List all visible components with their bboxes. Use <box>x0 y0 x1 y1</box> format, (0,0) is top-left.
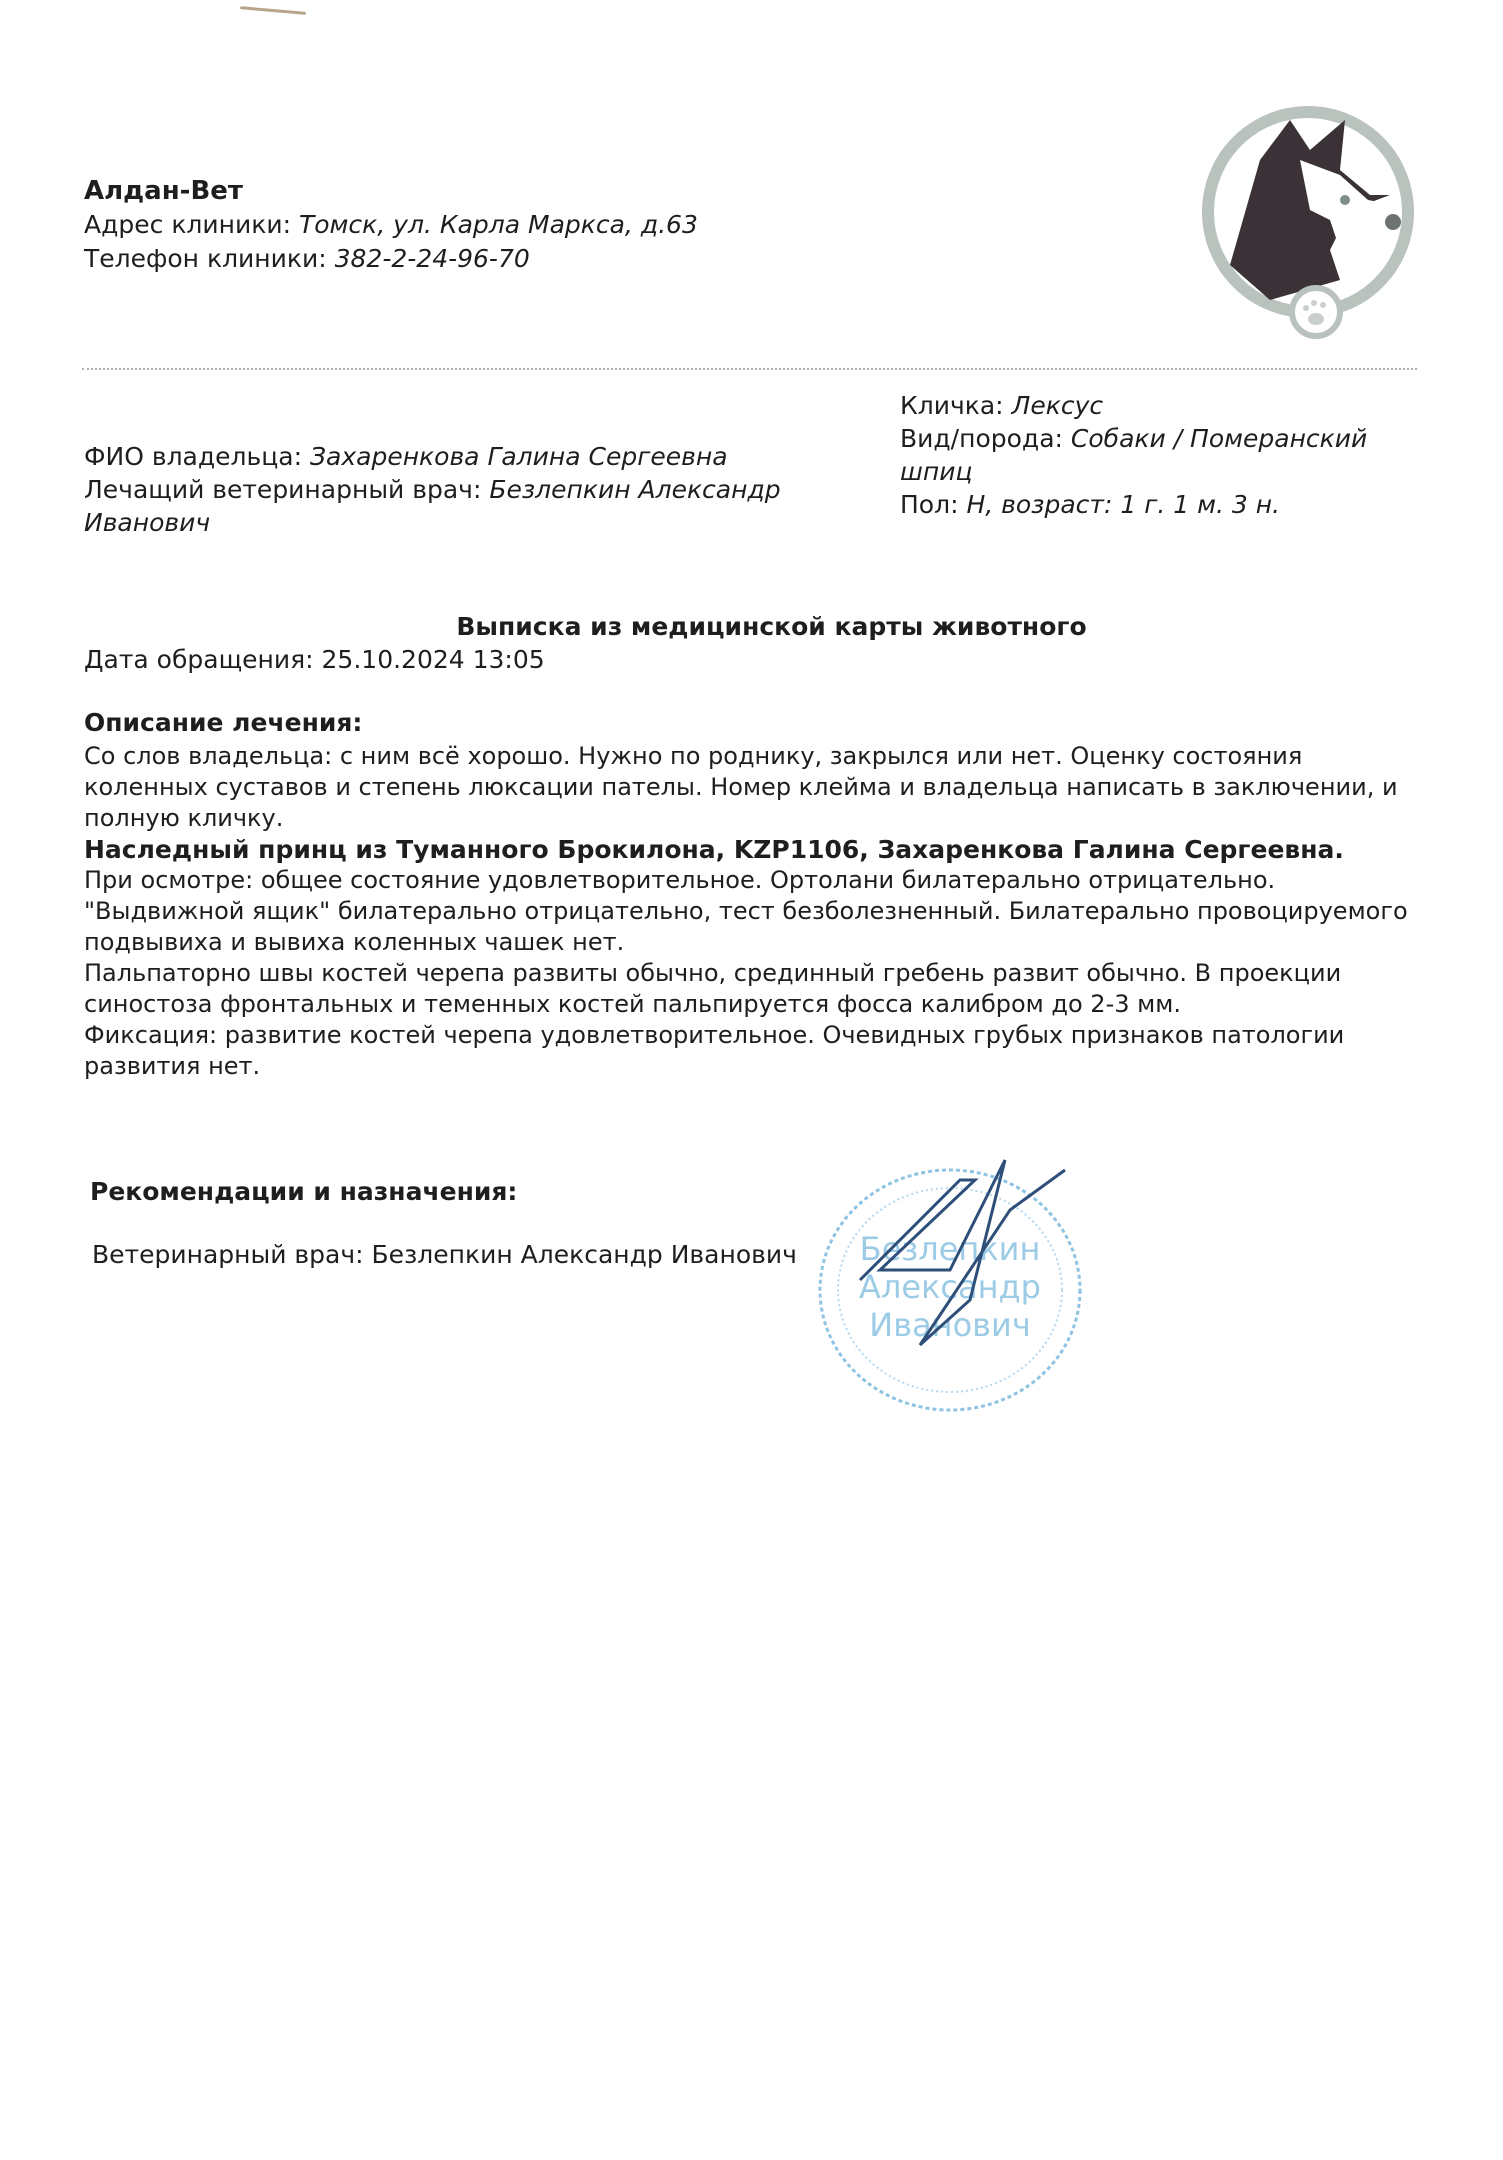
vet-signature-name: Безлепкин Александр Иванович <box>371 1240 796 1269</box>
husky-logo-icon <box>1190 100 1420 350</box>
vet-signature-line: Ветеринарный врач: Безлепкин Александр И… <box>92 1240 797 1269</box>
pet-breed-label: Вид/порода: <box>900 424 1063 453</box>
attending-doctor: Лечащий ветеринарный врач: Безлепкин Але… <box>84 473 864 539</box>
pet-sex-value: Н, <box>966 490 993 519</box>
visit-date-value: 25.10.2024 13:05 <box>322 645 545 674</box>
pet-sex-label: Пол: <box>900 490 959 519</box>
vet-signature-label: Ветеринарный врач: <box>92 1240 364 1269</box>
clinic-name: Алдан-Вет <box>84 174 698 208</box>
owner-info: ФИО владельца: Захаренкова Галина Сергее… <box>84 440 864 539</box>
clinic-phone-label: Телефон клиники: <box>84 244 327 273</box>
pet-breed: Вид/порода: Собаки / Померанский шпиц <box>900 422 1420 488</box>
pet-sex-age: Пол: Н, возраст: 1 г. 1 м. 3 н. <box>900 488 1420 521</box>
staple-mark <box>240 6 306 15</box>
treatment-section: Описание лечения: Со слов владельца: с н… <box>84 707 1414 1082</box>
owner-name: ФИО владельца: Захаренкова Галина Сергее… <box>84 440 864 473</box>
svg-text:Иванович: Иванович <box>869 1306 1030 1344</box>
clinic-header: Алдан-Вет Адрес клиники: Томск, ул. Карл… <box>84 174 698 276</box>
conclusion: Фиксация: развитие костей черепа удовлет… <box>84 1020 1414 1082</box>
attending-doctor-label: Лечащий ветеринарный врач: <box>84 475 481 504</box>
clinic-phone-value: 382-2-24-96-70 <box>335 244 530 273</box>
pet-info: Кличка: Лексус Вид/порода: Собаки / Поме… <box>900 389 1420 521</box>
pet-full-name-line: Наследный принц из Туманного Брокилона, … <box>84 834 1414 865</box>
pet-age-label: возраст: <box>1001 490 1112 519</box>
header-divider <box>82 368 1417 370</box>
owner-name-label: ФИО владельца: <box>84 442 302 471</box>
exam-findings: При осмотре: общее состояние удовлетвори… <box>84 865 1414 958</box>
pet-name-label: Кличка: <box>900 391 1004 420</box>
clinic-address-label: Адрес клиники: <box>84 210 291 239</box>
recommendations-heading: Рекомендации и назначения: <box>90 1177 517 1206</box>
document-title: Выписка из медицинской карты животного <box>0 612 1503 641</box>
doctor-stamp-icon: Безлепкин Александр Иванович <box>800 1140 1100 1420</box>
clinic-address: Адрес клиники: Томск, ул. Карла Маркса, … <box>84 208 698 242</box>
visit-date: Дата обращения: 25.10.2024 13:05 <box>84 645 545 674</box>
owner-name-value: Захаренкова Галина Сергеевна <box>310 442 728 471</box>
treatment-heading: Описание лечения: <box>84 707 1414 738</box>
clinic-phone: Телефон клиники: 382-2-24-96-70 <box>84 242 698 276</box>
pet-name-value: Лексус <box>1012 391 1104 420</box>
owner-complaint: Со слов владельца: с ним всё хорошо. Нуж… <box>84 741 1414 834</box>
pet-name: Кличка: Лексус <box>900 389 1420 422</box>
visit-date-label: Дата обращения: <box>84 645 314 674</box>
palpation-findings: Пальпаторно швы костей черепа развиты об… <box>84 958 1414 1020</box>
clinic-address-value: Томск, ул. Карла Маркса, д.63 <box>299 210 698 239</box>
pet-age-value: 1 г. 1 м. 3 н. <box>1120 490 1280 519</box>
